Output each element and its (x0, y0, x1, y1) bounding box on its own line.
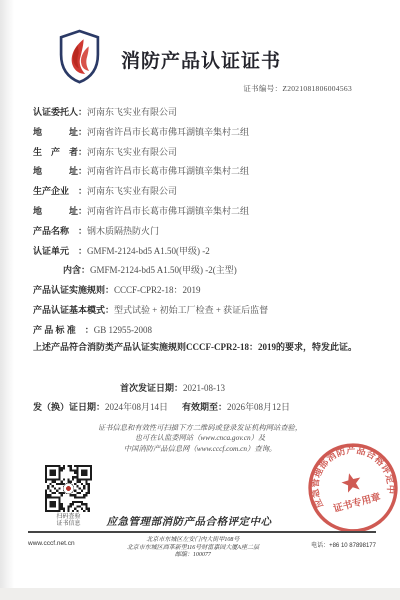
shield-flame-icon (57, 29, 102, 84)
field-label: 生 产 者： (33, 147, 87, 157)
scan-edge-left (0, 0, 14, 600)
field-label: 地 址： (33, 166, 87, 176)
field-address-2: 地 址：河南省许昌市长葛市佛耳湖镇辛集村二组 (33, 162, 377, 182)
field-value: 河南东飞实业有限公司 (87, 147, 177, 157)
note-line-1: 证书信息和有效性可扫描下方二维码或登录发证机构网站查验， (0, 423, 400, 433)
field-label: 地 址： (33, 127, 87, 137)
field-value: CCCF-CPR2-18：2019 (114, 285, 201, 295)
footer-address: 北京市东城区左安门内大街甲108号 北京市东城区西革新里116号财富嘉园大厦A座… (127, 537, 259, 560)
field-label: 认证委托人： (33, 107, 87, 117)
qr-code-icon (45, 465, 92, 512)
field-label: 地 址： (33, 206, 87, 216)
certificate-number-value: Z2021081806004563 (282, 84, 352, 93)
certificate-fields: 认证委托人：河南东飞实业有限公司 地 址：河南省许昌市长葛市佛耳湖镇辛集村二组 … (33, 103, 377, 341)
qr-caption: 扫码查验 证书信息 (33, 514, 104, 528)
footer-postcode: 邮编：100077 (127, 552, 259, 560)
field-label: 认证单元 ： (33, 246, 87, 256)
field-implementation-rule: 产品认证实施规则：CCCF-CPR2-18：2019 (33, 281, 377, 301)
field-address-1: 地 址：河南省许昌市长葛市佛耳湖镇辛集村二组 (33, 123, 377, 143)
field-value: 河南省许昌市长葛市佛耳湖镇辛集村二组 (87, 206, 249, 216)
issuer-name: 应急管理部消防产品合格评定中心 (104, 514, 274, 529)
field-certification-unit: 认证单元 ：GMFM-2124-bd5 A1.50(甲级) -2 (33, 242, 377, 262)
field-value: 河南东飞实业有限公司 (87, 107, 177, 117)
footer: www.cccf.net.cn 北京市东城区左安门内大街甲108号 北京市东城区… (28, 537, 376, 560)
field-value: 河南省许昌市长葛市佛耳湖镇辛集村二组 (87, 127, 249, 137)
cccf-shield-flame-logo (57, 29, 102, 84)
field-value: 型式试验 + 初始工厂检查 + 获证后监督 (114, 305, 268, 315)
field-address-3: 地 址：河南省许昌市长葛市佛耳湖镇辛集村二组 (33, 202, 377, 222)
footer-address-line-1: 北京市东城区左安门内大街甲108号 (127, 537, 259, 545)
certificate-number-label: 证书编号： (243, 84, 282, 93)
conformity-statement: 上述产品符合消防类产品认证实施规则CCCF-CPR2-18：2019的要求，特发… (33, 338, 369, 358)
footer-website: www.cccf.net.cn (28, 537, 75, 547)
field-producer: 生 产 者：河南东飞实业有限公司 (33, 143, 377, 163)
field-value: 河南省许昌市长葛市佛耳湖镇辛集村二组 (87, 166, 249, 176)
field-label: 内含： (63, 265, 90, 275)
footer-phone: 电话：+86 10 87898177 (311, 537, 376, 549)
certificate-number: 证书编号：Z2021081806004563 (243, 83, 352, 94)
field-label: 生产企业 ： (33, 186, 87, 196)
seal-star-icon (340, 471, 364, 494)
field-value: 钢木质隔热防火门 (87, 226, 159, 236)
verification-qr-code (45, 465, 92, 512)
validity-label: 有效期至： (182, 402, 227, 412)
field-value: GMFM-2124-bd5 A1.50(甲级) -2(主型) (90, 265, 237, 275)
field-label: 产品名称 ： (33, 226, 87, 236)
reissue-date-value: 2024年08月14日 (105, 402, 168, 412)
certificate-page: 消防产品认证证书 证书编号：Z2021081806004563 认证委托人：河南… (0, 0, 400, 600)
field-applicant: 认证委托人：河南东飞实业有限公司 (33, 103, 377, 123)
seal-icon: 应急管理部消防产品合格评定中心 证书专用章 (306, 441, 400, 535)
field-value: 河南东飞实业有限公司 (87, 186, 177, 196)
field-label: 产 品 标 准 ： (33, 325, 94, 335)
footer-divider (28, 531, 376, 533)
field-includes: 内含：GMFM-2124-bd5 A1.50(甲级) -2(主型) (33, 261, 377, 281)
field-value: GB 12955-2008 (94, 325, 152, 335)
validity-value: 2026年08月12日 (227, 402, 290, 412)
reissue-date-line: 发（换）证日期：2024年08月14日有效期至：2026年08月12日 (33, 400, 290, 413)
field-product-name: 产品名称 ：钢木质隔热防火门 (33, 222, 377, 242)
field-certification-mode: 产品认证基本模式：型式试验 + 初始工厂检查 + 获证后监督 (33, 301, 377, 321)
field-label: 产品认证实施规则： (33, 285, 114, 295)
qr-caption-line-1: 扫码查验 (33, 514, 104, 521)
field-value: GMFM-2124-bd5 A1.50(甲级) -2 (87, 246, 210, 256)
first-issue-date-value: 2021-08-13 (183, 383, 225, 393)
first-issue-date-label: 首次发证日期： (120, 383, 183, 393)
field-manufacturer: 生产企业 ：河南东飞实业有限公司 (33, 182, 377, 202)
footer-address-line-2: 北京市东城区西革新里116号财富嘉园大厦A座二层 (127, 545, 259, 553)
certificate-title: 消防产品认证证书 (121, 46, 281, 73)
scan-edge-bottom (0, 588, 400, 600)
field-label: 产品认证基本模式： (33, 305, 114, 315)
reissue-date-label: 发（换）证日期： (33, 402, 105, 412)
qr-caption-line-2: 证书信息 (33, 521, 104, 528)
seal-label: 证书专用章 (332, 490, 382, 515)
first-issue-date-line: 首次发证日期：2021-08-13 (120, 381, 225, 394)
official-seal: 应急管理部消防产品合格评定中心 证书专用章 (306, 441, 400, 535)
